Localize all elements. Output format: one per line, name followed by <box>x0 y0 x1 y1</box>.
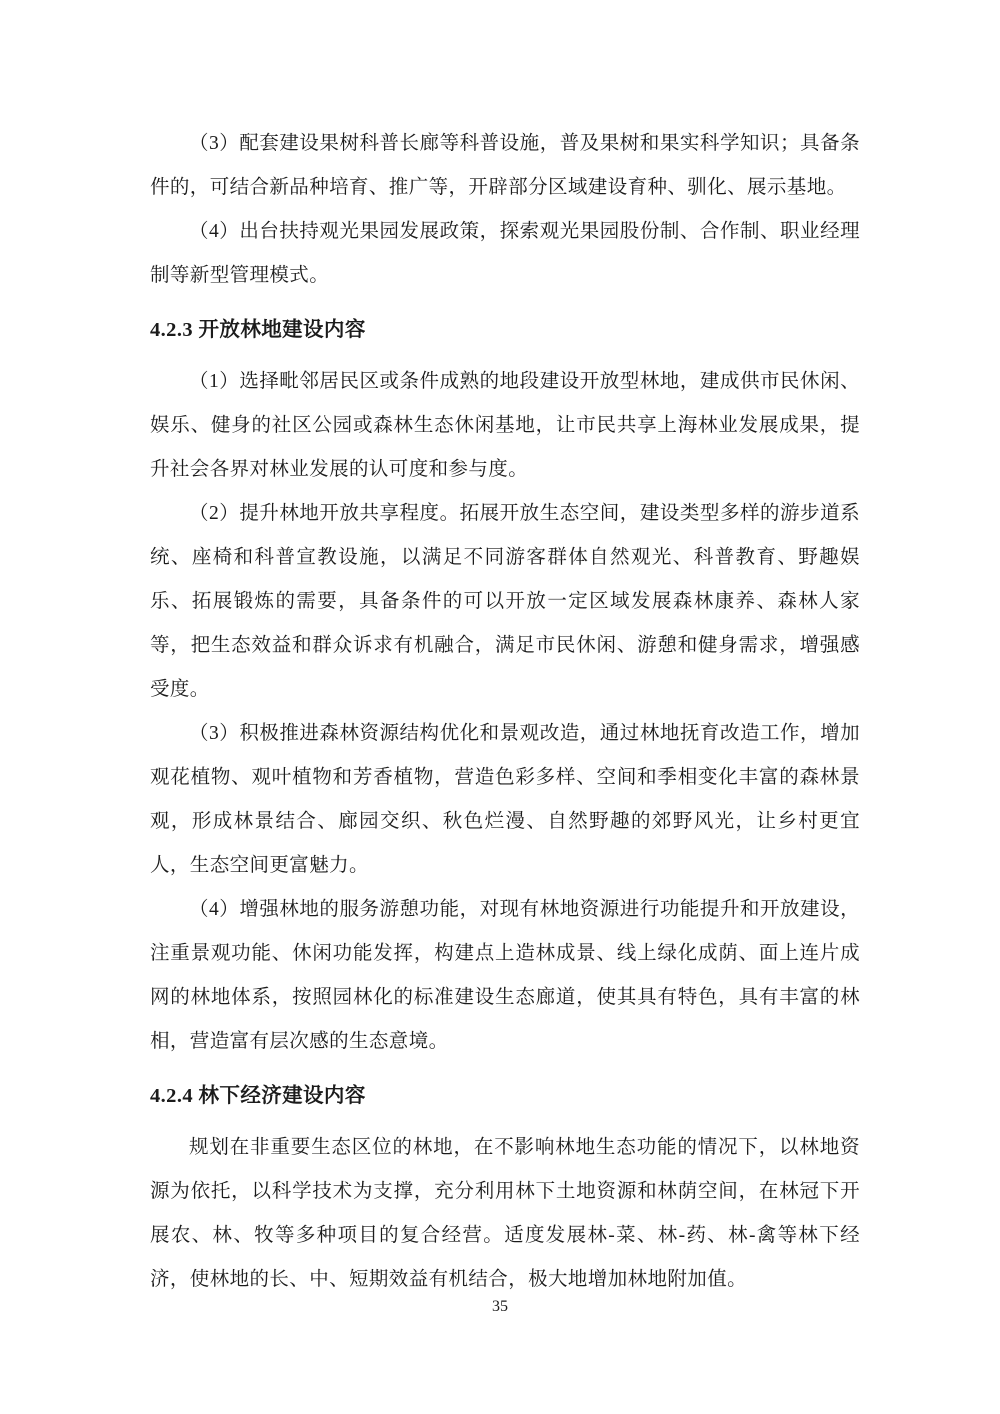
section-heading-4-2-4: 4.2.4 林下经济建设内容 <box>150 1074 860 1118</box>
paragraph: 规划在非重要生态区位的林地，在不影响林地生态功能的情况下，以林地资源为依托，以科… <box>150 1126 860 1302</box>
document-page: （3）配套建设果树科普长廊等科普设施，普及果树和果实科学知识；具备条件的，可结合… <box>0 0 1000 1414</box>
paragraph: （3）积极推进森林资源结构优化和景观改造，通过林地抚育改造工作，增加观花植物、观… <box>150 712 860 888</box>
section-heading-4-2-3: 4.2.3 开放林地建设内容 <box>150 308 860 352</box>
page-number: 35 <box>0 1298 1000 1316</box>
paragraph: （1）选择毗邻居民区或条件成熟的地段建设开放型林地，建成供市民休闲、娱乐、健身的… <box>150 360 860 492</box>
paragraph: （4）出台扶持观光果园发展政策，探索观光果园股份制、合作制、职业经理制等新型管理… <box>150 210 860 298</box>
paragraph: （4）增强林地的服务游憩功能，对现有林地资源进行功能提升和开放建设，注重景观功能… <box>150 888 860 1064</box>
paragraph: （3）配套建设果树科普长廊等科普设施，普及果树和果实科学知识；具备条件的，可结合… <box>150 122 860 210</box>
paragraph: （2）提升林地开放共享程度。拓展开放生态空间，建设类型多样的游步道系统、座椅和科… <box>150 492 860 712</box>
